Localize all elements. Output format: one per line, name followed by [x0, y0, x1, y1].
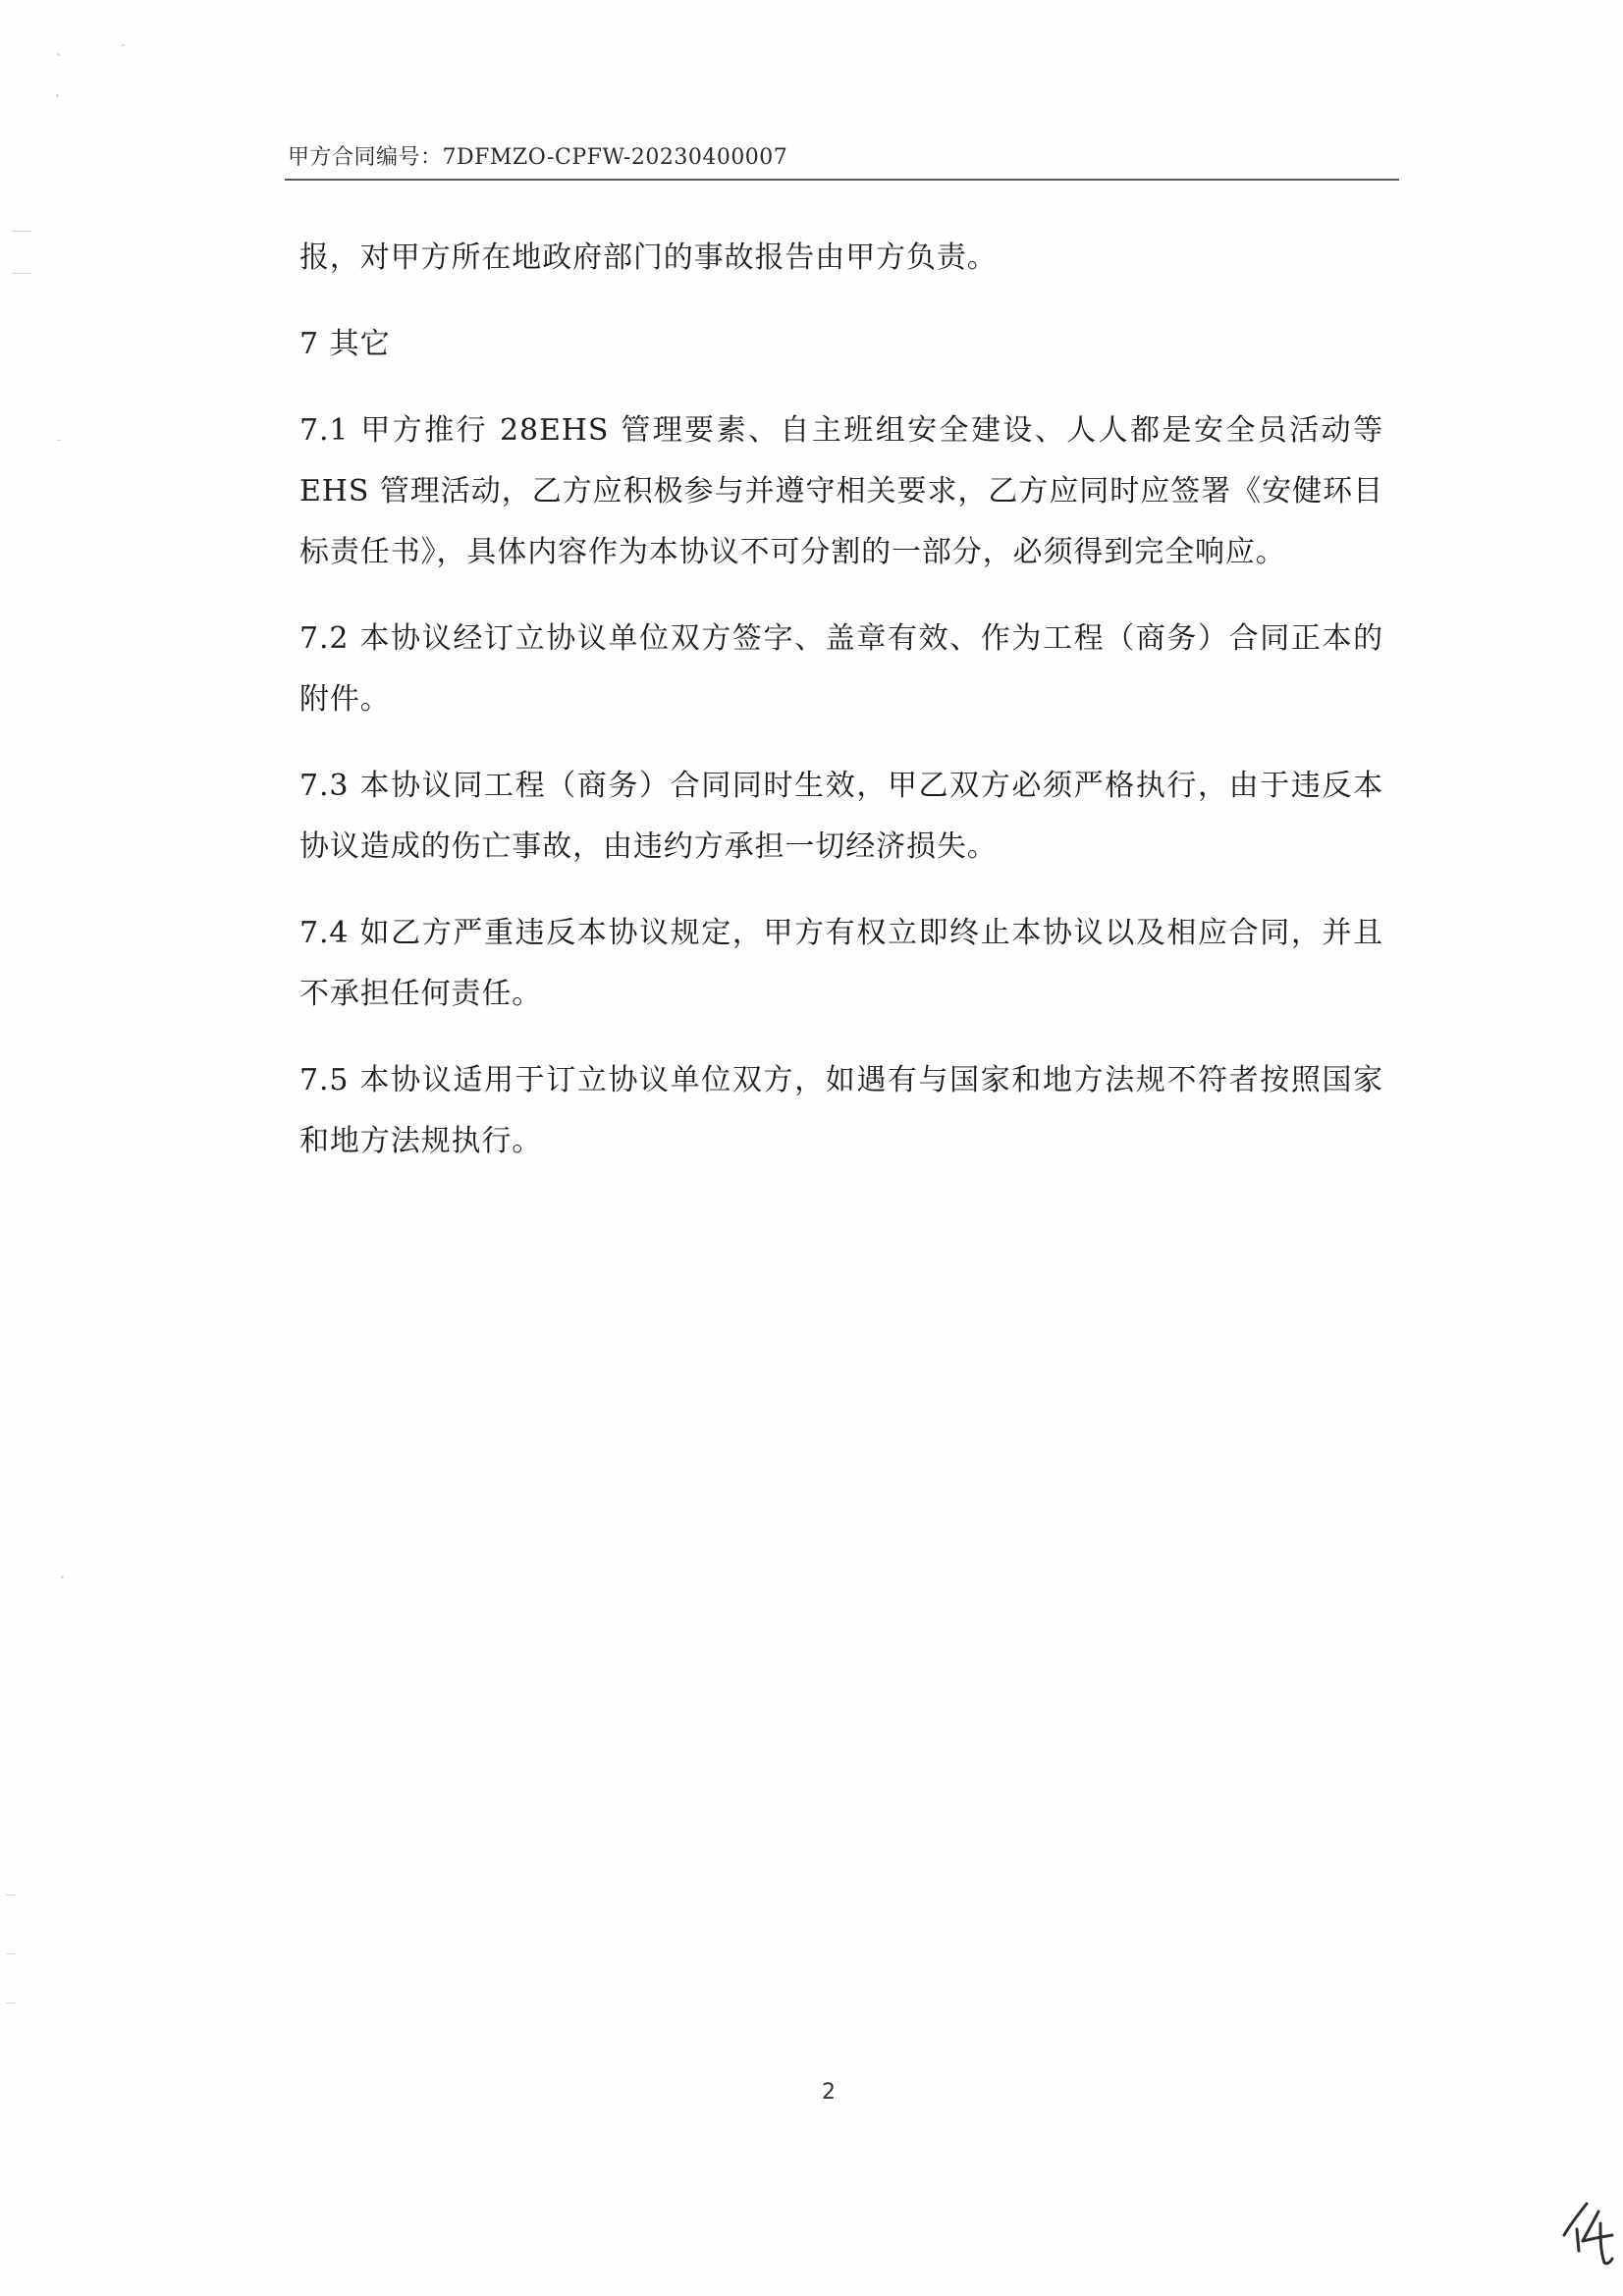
scan-artifact [57, 440, 61, 441]
scan-artifact [6, 2002, 16, 2003]
clause-7-3: 7.3 本协议同工程（商务）合同同时生效，甲乙双方必须严格执行，由于违反本协议造… [299, 756, 1383, 878]
scan-artifact [57, 53, 60, 56]
contract-number: 甲方合同编号：7DFMZO-CPFW-20230400007 [288, 143, 787, 173]
page-number: 2 [814, 2079, 843, 2107]
clause-7-1: 7.1 甲方推行 28EHS 管理要素、自主班组安全建设、人人都是安全员活动等 … [299, 400, 1383, 583]
scan-artifact [6, 1953, 16, 1954]
clause-7-5: 7.5 本协议适用于订立协议单位双方，如遇有与国家和地方法规不符者按照国家和地方… [299, 1050, 1383, 1172]
document-body: 报，对甲方所在地政府部门的事故报告由甲方负责。 7 其它 7.1 甲方推行 28… [299, 228, 1383, 1172]
scan-artifact [12, 273, 31, 274]
header-divider [285, 179, 1399, 181]
scan-artifact [61, 1575, 64, 1578]
handwritten-page-mark-icon [1561, 2194, 1620, 2272]
scan-artifact [6, 1895, 16, 1896]
scan-artifact [56, 94, 59, 97]
section-heading-7: 7 其它 [299, 314, 1383, 375]
clause-7-4: 7.4 如乙方严重违反本协议规定，甲方有权立即终止本协议以及相应合同，并且不承担… [299, 903, 1383, 1025]
document-page: 甲方合同编号：7DFMZO-CPFW-20230400007 报，对甲方所在地政… [0, 0, 1623, 2296]
paragraph-continuation: 报，对甲方所在地政府部门的事故报告由甲方负责。 [299, 228, 1383, 289]
page-header: 甲方合同编号：7DFMZO-CPFW-20230400007 [288, 143, 1399, 183]
clause-7-2: 7.2 本协议经订立协议单位双方签字、盖章有效、作为工程（商务）合同正本的附件。 [299, 609, 1383, 730]
scan-artifact [12, 231, 31, 232]
scan-artifact [122, 44, 125, 46]
